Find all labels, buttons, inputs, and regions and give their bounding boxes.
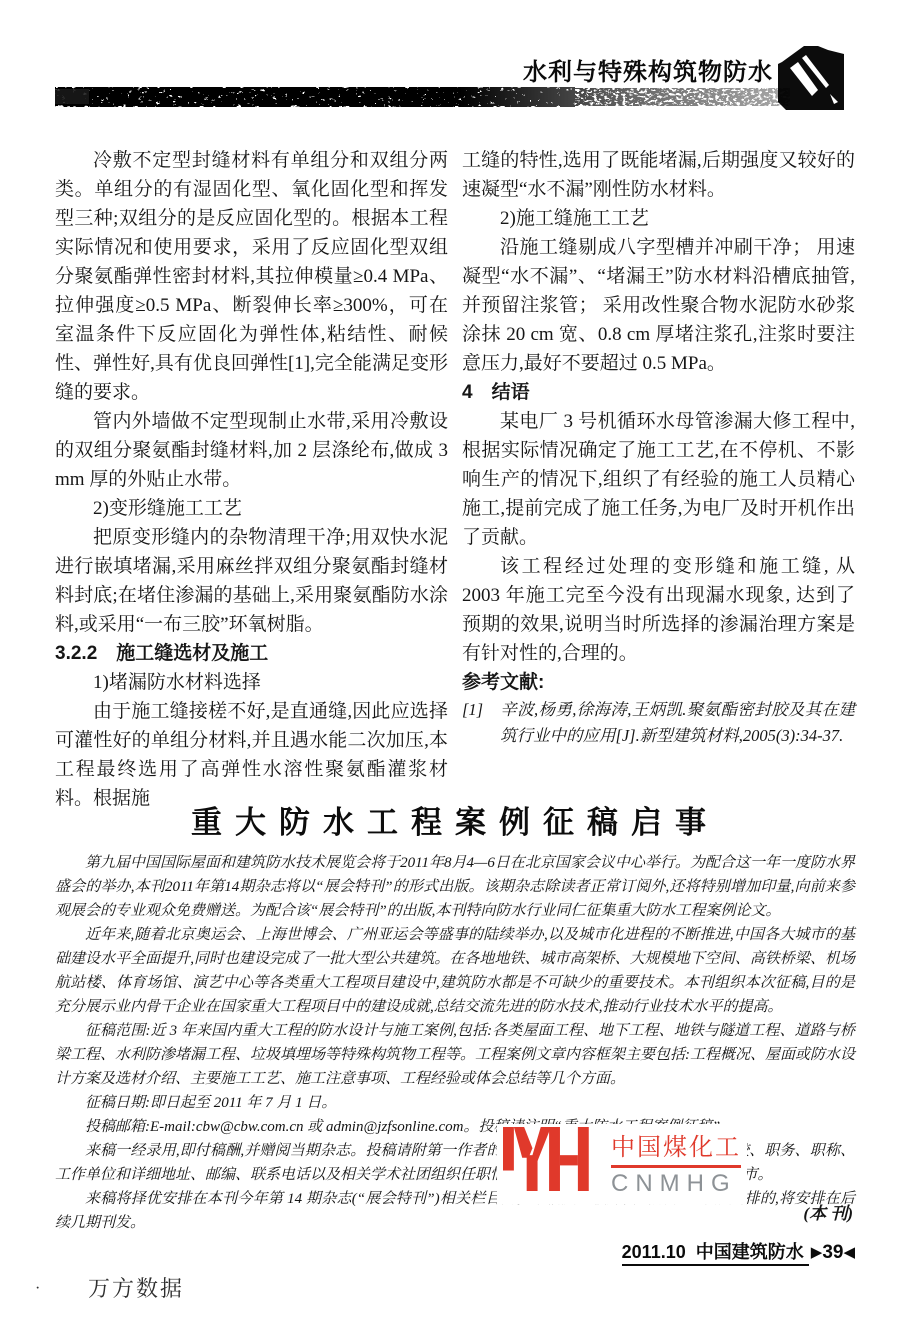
paragraph: 管内外墙做不定型现制止水带,采用冷敷设的双组分聚氨酯封缝材料,加 2 层涤纶布,… [55,407,448,494]
footer-issue-journal: 2011.10 中国建筑防水 [622,1242,809,1266]
cnmhg-latin-label: CNMHG [611,1170,741,1198]
cnmhg-logo-text: 中国煤化工 CNMHG [611,1127,741,1198]
section-heading: 4 结语 [462,378,855,407]
announcement-signature: (本 刊) [803,1199,853,1224]
triangle-right-icon: ▶ [811,1244,823,1261]
paragraph: 沿施工缝剔成八字型槽并冲刷干净； 用速凝型“水不漏”、“堵漏王”防水材料沿槽底抽… [462,233,855,378]
triangle-left-icon: ◀ [843,1244,855,1261]
article-right-column: 工缝的特性,选用了既能堵漏,后期强度又较好的速凝型“水不漏”刚性防水材料。 2)… [462,146,855,813]
subheading: 2)施工缝施工工艺 [462,204,855,233]
article-left-column: 冷敷不定型封缝材料有单组分和双组分两类。单组分的有湿固化型、氧化固化型和挥发型三… [55,146,448,813]
announcement-paragraph: 征稿范围:近 3 年来国内重大工程的防水设计与施工案例,包括:各类屋面工程、地下… [55,1019,855,1091]
subheading: 2)变形缝施工工艺 [55,494,448,523]
paragraph: 某电厂 3 号机循环水母管渗漏大修工程中,根据实际情况确定了施工工艺,在不停机、… [462,407,855,552]
footer-journal-name: 中国建筑防水 [696,1242,804,1262]
scan-dot-artifact: · [35,1280,40,1298]
cnmhg-watermark: 中国煤化工 CNMHG [497,1124,747,1204]
paragraph: 冷敷不定型封缝材料有单组分和双组分两类。单组分的有湿固化型、氧化固化型和挥发型三… [55,146,448,407]
reference-entry: [1] 辛波,杨勇,徐海涛,王炳凯.聚氨酯密封胶及其在建筑行业中的应用[J].新… [462,697,855,749]
cnmhg-logo-icon [501,1127,601,1191]
paragraph-continuation: 工缝的特性,选用了既能堵漏,后期强度又较好的速凝型“水不漏”刚性防水材料。 [462,146,855,204]
scan-noise-band [55,85,790,112]
page-footer: 2011.10 中国建筑防水 ▶39◀ [622,1238,855,1264]
announcement-title: 重大防水工程案例征稿启事 [55,797,855,842]
journal-page: 水利与特殊构筑物防水 [0,0,904,1320]
announcement-paragraph: 第九届中国国际屋面和建筑防水技术展览会将于2011年8月4—6日在北京国家会议中… [55,851,855,923]
footer-issue: 2011.10 [622,1242,686,1262]
wanfang-data-watermark: 万方数据 [88,1272,184,1303]
subheading: 1)堵漏防水材料选择 [55,668,448,697]
cnmhg-chinese-label: 中国煤化工 [611,1127,741,1168]
paragraph: 该工程经过处理的变形缝和施工缝, 从 2003 年施工完至今没有出现漏水现象, … [462,552,855,668]
footer-page-number: ▶39◀ [811,1242,855,1263]
section-heading: 3.2.2 施工缝选材及施工 [55,639,448,668]
header-title-text: 水利与特殊构筑物防水 [523,59,773,86]
paragraph: 把原变形缝内的杂物清理干净;用双快水泥进行嵌填堵漏,采用麻丝拌双组分聚氨酯封缝材… [55,523,448,639]
page-number: 39 [822,1242,843,1263]
article-body: 冷敷不定型封缝材料有单组分和双组分两类。单组分的有湿固化型、氧化固化型和挥发型三… [55,146,855,813]
references-heading: 参考文献: [462,668,855,697]
paragraph: 由于施工缝接槎不好,是直通缝,因此应选择可灌性好的单组分材料,并且遇水能二次加压… [55,697,448,813]
section-header-title: 水利与特殊构筑物防水 [523,52,773,87]
announcement-paragraph: 征稿日期:即日起至 2011 年 7 月 1 日。 [55,1091,855,1115]
announcement-paragraph: 近年来,随着北京奥运会、上海世博会、广州亚运会等盛事的陆续举办,以及城市化进程的… [55,923,855,1019]
